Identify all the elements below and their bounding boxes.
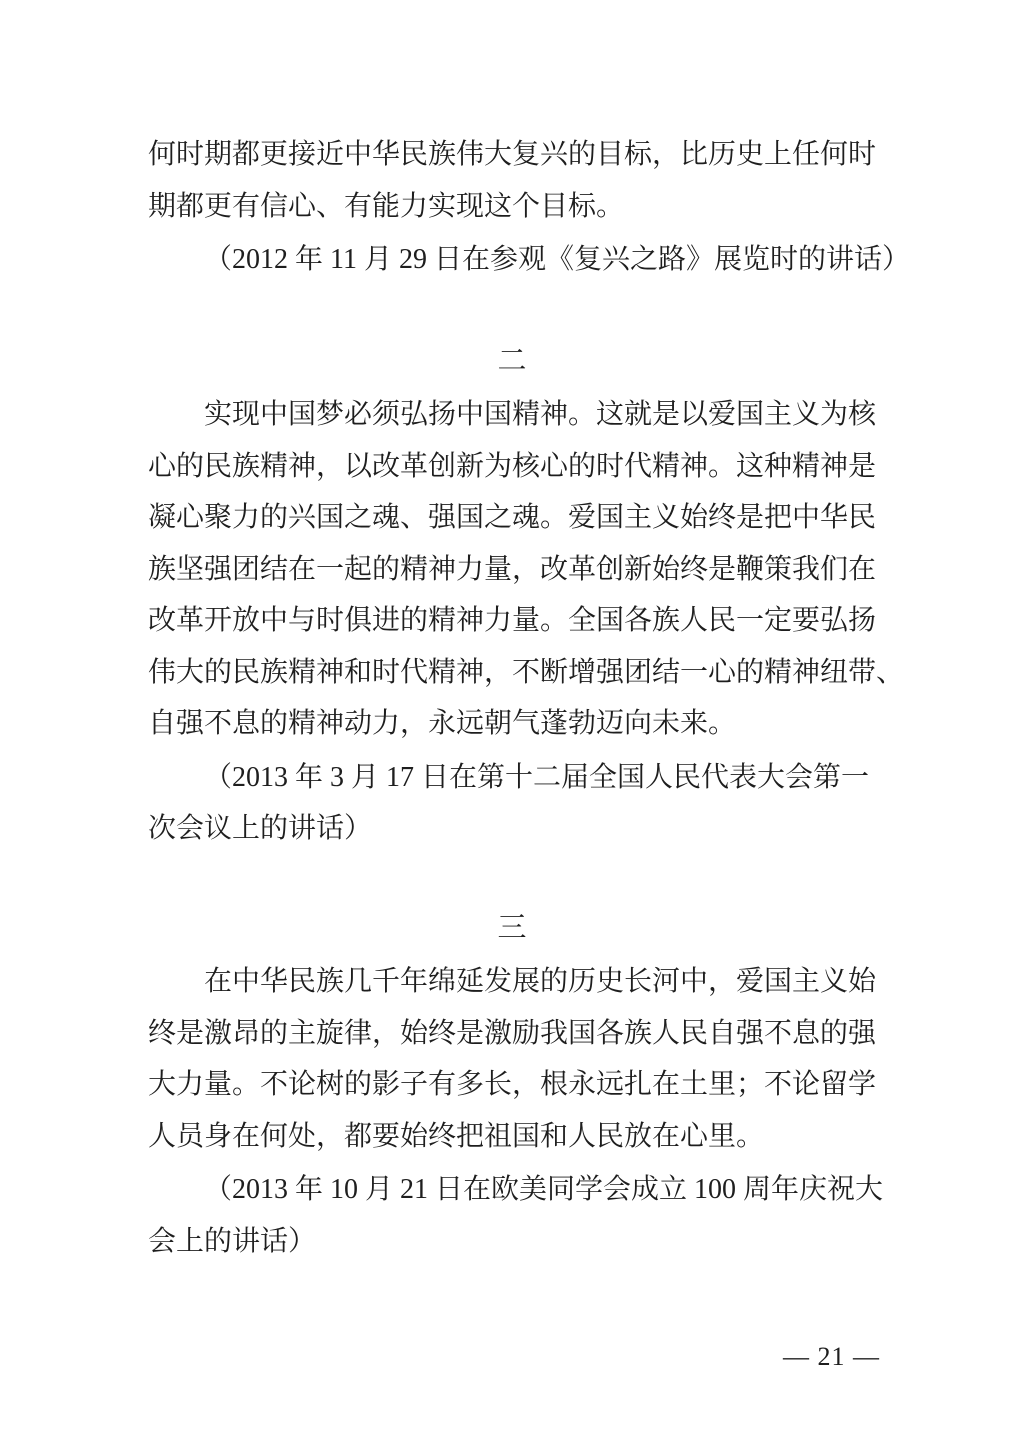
citation-line: （2013 年 3 月 17 日在第十二届全国人民代表大会第一 <box>148 752 876 804</box>
body-text-line: 自强不息的精神动力，永远朝气蓬勃迈向未来。 <box>148 698 876 750</box>
citation-line: （2012 年 11 月 29 日在参观《复兴之路》展览时的讲话） <box>148 234 876 286</box>
citation-line: （2013 年 10 月 21 日在欧美同学会成立 100 周年庆祝大 <box>148 1164 876 1216</box>
body-text-line: 心的民族精神，以改革创新为核心的时代精神。这种精神是 <box>148 441 876 493</box>
section-heading: 二 <box>148 336 876 388</box>
body-text-line: 凝心聚力的兴国之魂、强国之魂。爱国主义始终是把中华民 <box>148 492 876 544</box>
body-text-line: 人员身在何处，都要始终把祖国和人民放在心里。 <box>148 1111 876 1163</box>
citation-line: 次会议上的讲话） <box>148 803 876 855</box>
body-text-line: 终是激昂的主旋律，始终是激励我国各族人民自强不息的强 <box>148 1008 876 1060</box>
body-text-line: 期都更有信心、有能力实现这个目标。 <box>148 181 876 233</box>
body-text-line: 大力量。不论树的影子有多长，根永远扎在土里；不论留学 <box>148 1059 876 1111</box>
section-heading: 三 <box>148 903 876 955</box>
section-continuation: 何时期都更接近中华民族伟大复兴的目标，比历史上任何时 期都更有信心、有能力实现这… <box>148 129 876 286</box>
body-text-line: 在中华民族几千年绵延发展的历史长河中，爱国主义始 <box>148 956 876 1008</box>
body-text-line: 伟大的民族精神和时代精神，不断增强团结一心的精神纽带、 <box>148 647 876 699</box>
section-three: 三 在中华民族几千年绵延发展的历史长河中，爱国主义始 终是激昂的主旋律，始终是激… <box>148 903 876 1268</box>
body-text-line: 族坚强团结在一起的精神力量，改革创新始终是鞭策我们在 <box>148 544 876 596</box>
document-page: 何时期都更接近中华民族伟大复兴的目标，比历史上任何时 期都更有信心、有能力实现这… <box>0 0 1024 1448</box>
section-two: 二 实现中国梦必须弘扬中国精神。这就是以爱国主义为核 心的民族精神，以改革创新为… <box>148 336 876 855</box>
document-body: 何时期都更接近中华民族伟大复兴的目标，比历史上任何时 期都更有信心、有能力实现这… <box>148 129 876 1267</box>
body-text-line: 何时期都更接近中华民族伟大复兴的目标，比历史上任何时 <box>148 129 876 181</box>
page-number: — 21 — <box>783 1342 880 1372</box>
body-text-line: 实现中国梦必须弘扬中国精神。这就是以爱国主义为核 <box>148 389 876 441</box>
citation-line: 会上的讲话） <box>148 1216 876 1268</box>
body-text-line: 改革开放中与时俱进的精神力量。全国各族人民一定要弘扬 <box>148 595 876 647</box>
